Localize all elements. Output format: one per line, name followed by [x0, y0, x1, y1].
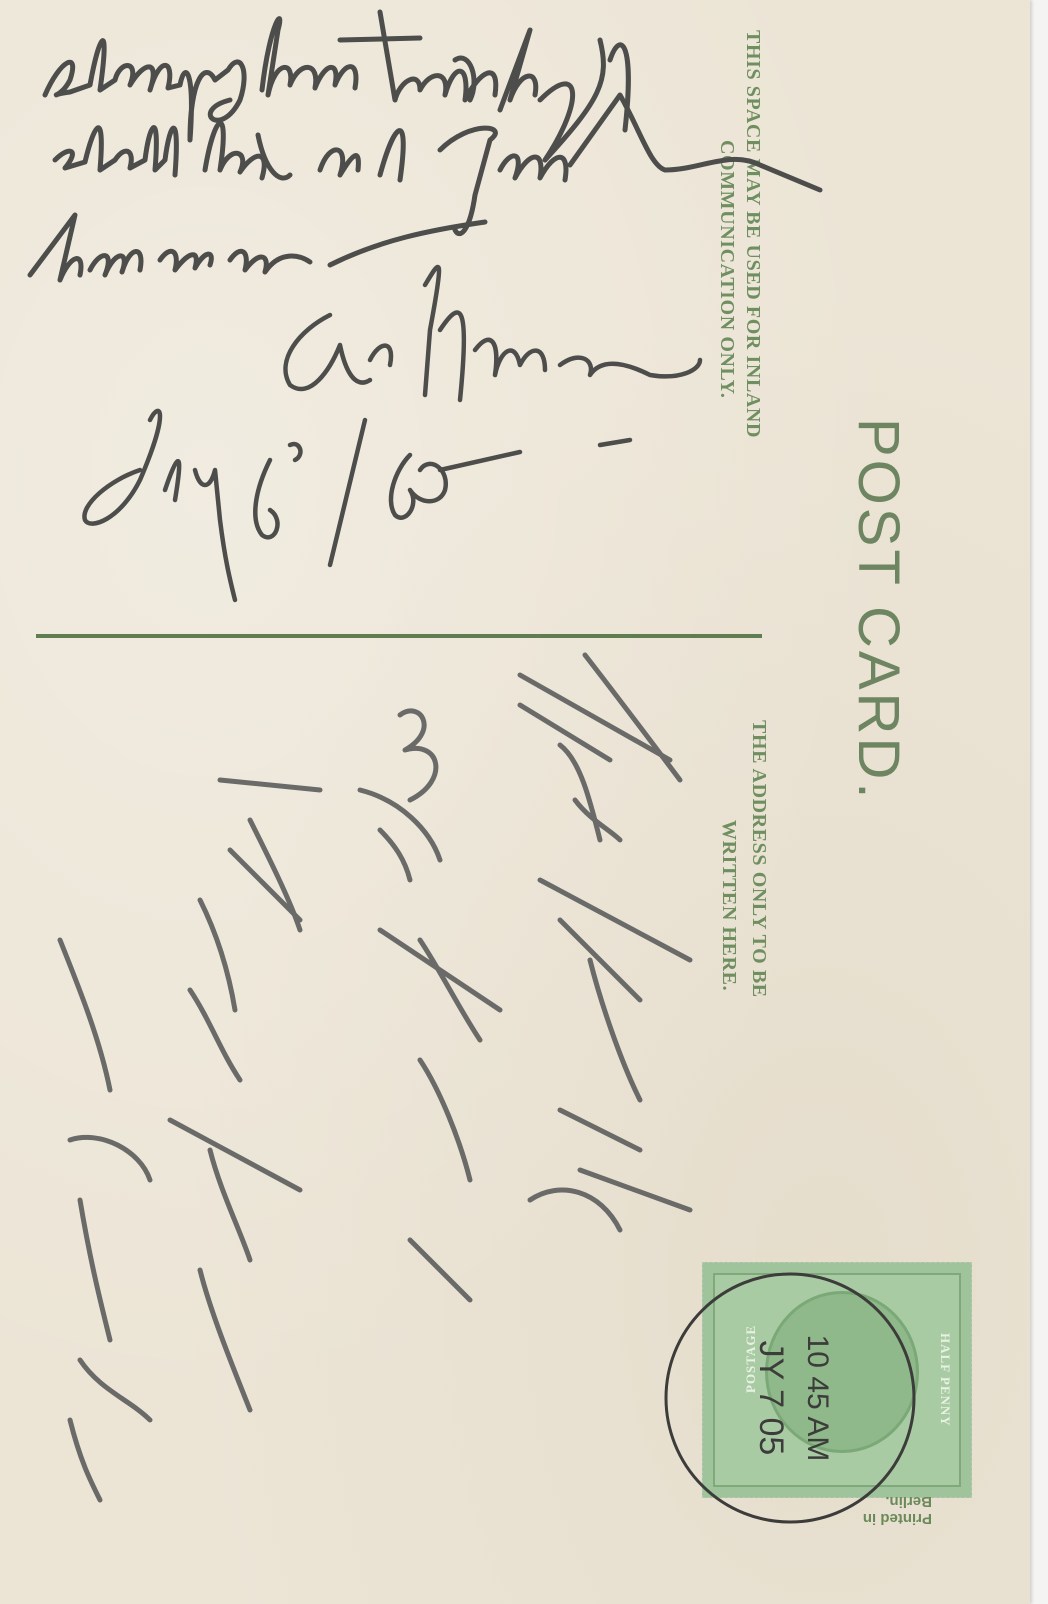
message-line-3: [30, 215, 485, 280]
address: [60, 655, 690, 1500]
postcard-back: POST CARD. THIS SPACE MAY BE USED FOR IN…: [0, 0, 1030, 1604]
message-line-1: [45, 12, 628, 160]
stamp-value-label: HALF PENNY: [937, 1333, 953, 1427]
postmark-date: JY 7 05: [752, 1341, 790, 1456]
signature: [286, 267, 700, 400]
message-line-2: [55, 95, 820, 234]
printer-note: Printed in Berlin.: [834, 1493, 932, 1527]
postmark-time: 10 45 AM: [801, 1335, 834, 1462]
date: [84, 411, 630, 600]
